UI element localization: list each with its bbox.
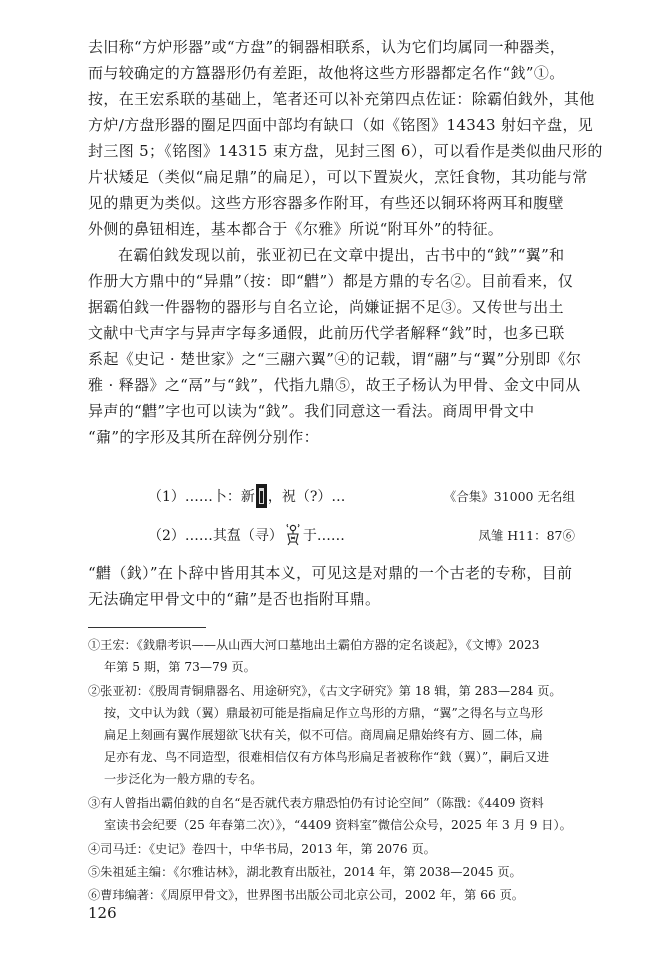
document-page: 去旧称“方炉形器”或“方盘”的铜器相联系，认为它们均属同一种器类， 而与较确定的… (0, 0, 650, 973)
page-number: 126 (88, 903, 117, 923)
body-line: 异声的“䵻”字也可以读为“鈛”。我们同意这一看法。商周甲骨文中 (88, 398, 578, 424)
footnote-3: ③有人曾指出霸伯鈛的自名“是否就代表方鼎恐怕仍有讨论空间”（陈戬：《4409 资… (88, 792, 544, 814)
footnote-1: ①王宏：《鈛鼎考识——从山西大河口墓地出土霸伯方器的定名谈起》，《文博》2023 (88, 634, 539, 656)
body-line: 按，在王宏系联的基础上，笔者还可以补充第四点佐证：除霸伯鈛外，其他 (88, 86, 578, 112)
example-1-suffix: ，祝（?）… (268, 489, 346, 505)
footnote-5: ⑤朱祖延主编：《尔雅诂林》，湖北教育出版社，2014 年，第 2038—2045… (88, 861, 522, 883)
body-line: 方炉/方盘形器的圈足四面中部均有缺口（如《铭图》14343 射妇䇂盘，见 (88, 112, 578, 138)
body-line: 雅 · 释器》之“鬲”与“鈛”，代指九鼎⑤，故王子杨认为甲骨、金文中同从 (88, 372, 578, 398)
oracle-bone-drawn-glyph-icon (285, 524, 301, 546)
oracle-bone-glyph-icon (256, 484, 267, 508)
body-line: 系起《史记 · 楚世家》之“三翮六翼”④的记载，谓“翮”与“翼”分别即《尔 (88, 346, 578, 372)
body-line: 据霸伯鈛一件器物的器形与自名立论，尚嫌证据不足③。又传世与出土 (88, 294, 578, 320)
example-2: （2）……其䀁（寻） 于…… (148, 523, 345, 549)
body-line: 封三图 5；《铭图》14315 束方盘，见封三图 6），可以看作是类似曲尺形的 (88, 138, 578, 164)
footnote-1-cont: 年第 5 期，第 73—79 页。 (104, 656, 256, 678)
footnote-2-cont: 足亦有龙、鸟不同造型，很难相信仅有方体鸟形扁足者被称作“鈛（翼）”，嗣后又进 (104, 746, 549, 768)
example-2-source: 凤雏 H11：87⑥ (478, 523, 575, 549)
example-2-suffix: 于…… (303, 528, 345, 544)
body-line: “鼐”的字形及其所在辞例分别作： (88, 424, 578, 450)
body-line: 文献中弋声字与异声字每多通假，此前历代学者解释“鈛”时，也多已联 (88, 320, 578, 346)
footnote-4: ④司马迁：《史记》卷四十，中华书局，2013 年，第 2076 页。 (88, 838, 436, 860)
example-2-prefix: （2）……其䀁（寻） (148, 528, 283, 544)
example-1-prefix: （1）……卜：新 (148, 489, 255, 505)
body-line: 作册大方鼎中的“异鼎”（按：即“䵻”）都是方鼎的专名②。目前看来，仅 (88, 268, 578, 294)
body-line: 外侧的鼻钮相连，基本都合于《尔雅》所说“附耳外”的特征。 (88, 216, 578, 242)
example-1: （1）……卜：新，祝（?）… (148, 484, 345, 510)
body-line: 去旧称“方炉形器”或“方盘”的铜器相联系，认为它们均属同一种器类， (88, 34, 578, 60)
body-line: 无法确定甲骨文中的“鼐”是否也指附耳鼎。 (88, 586, 578, 612)
footnote-2-cont: 扁足上刻画有翼作展翅欲飞状有关，似不可信。商周扁足鼎始终有方、圆二体，扁 (104, 724, 543, 746)
footnote-2: ②张亚初：《殷周青铜鼎器名、用途研究》，《古文字研究》第 18 辑，第 283—… (88, 680, 562, 702)
footnote-2-cont: 按，文中认为鈛（翼）鼎最初可能是指扁足作立鸟形的方鼎，“翼”之得名与立鸟形 (104, 702, 543, 724)
footnote-3-cont: 室读书会纪要（25 年春第二次）》，“4409 资料室”微信公众号，2025 年… (104, 814, 572, 836)
example-1-source: 《合集》31000 无名组 (444, 484, 575, 510)
body-line: 而与较确定的方簋器形仍有差距，故他将这些方形器都定名作“鈛”①。 (88, 60, 578, 86)
footnote-divider (88, 627, 206, 628)
footnote-2-cont: 一步泛化为一般方鼎的专名。 (104, 768, 262, 790)
footnote-6: ⑥曹玮编著：《周原甲骨文》，世界图书出版公司北京公司，2002 年，第 66 页… (88, 884, 524, 906)
body-line: “䵻（鈛）”在卜辞中皆用其本义，可见这是对鼎的一个古老的专称，目前 (88, 560, 578, 586)
body-line: 见的鼎更为类似。这些方形容器多作附耳，有些还以铜环将两耳和腹壁 (88, 190, 578, 216)
paragraph-first-line: 在霸伯鈛发现以前，张亚初已在文章中提出，古书中的“鈛”“翼”和 (118, 242, 578, 268)
body-line: 片状矮足（类似“扁足鼎”的扁足），可以下置炭火，烹饪食物，其功能与常 (88, 164, 578, 190)
